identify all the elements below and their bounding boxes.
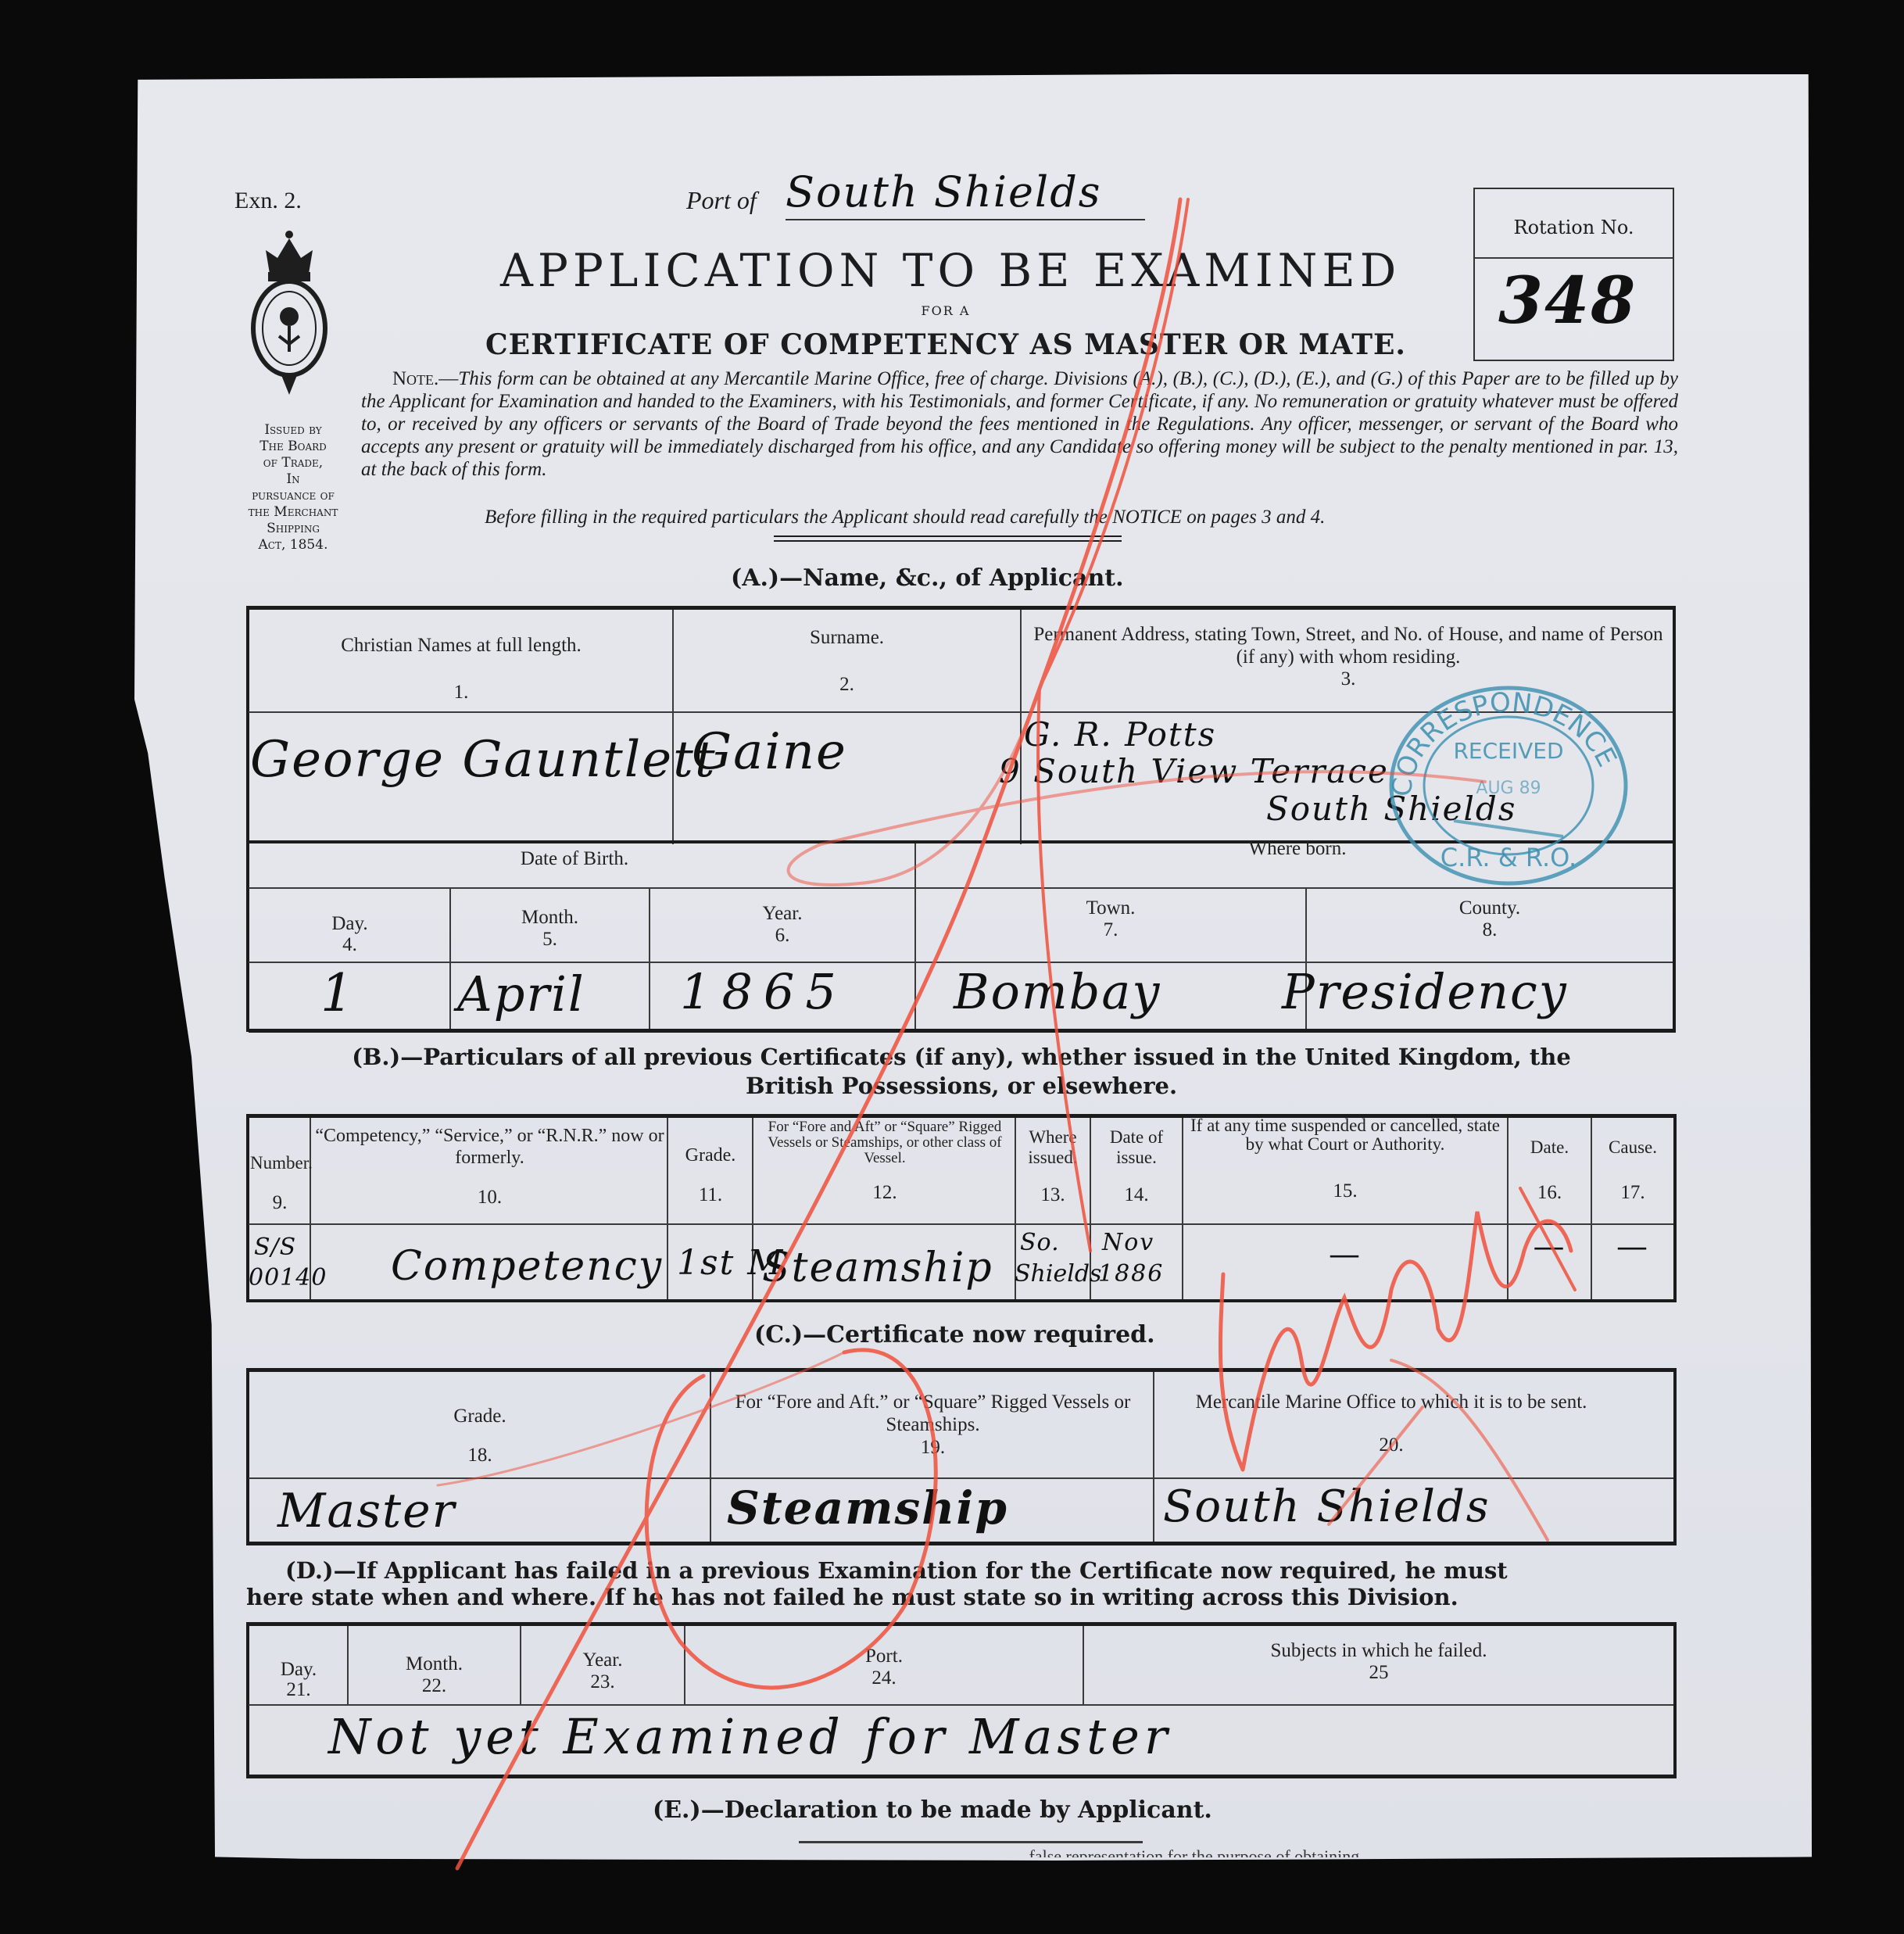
b-col-number-label: Number. [250, 1153, 310, 1173]
address-line-1: G. R. Potts [1024, 715, 1216, 754]
birth-county-value: Presidency [1282, 963, 1568, 1020]
address-line-2: 9 South View Terrace [999, 752, 1389, 790]
required-vessel-value: Steamship [727, 1481, 1008, 1535]
c-grade-num: 18. [250, 1445, 710, 1467]
prev-cert-type-value: Competency [391, 1243, 663, 1290]
c-office-label: Mercantile Marine Office to which it is … [1157, 1391, 1626, 1414]
d-year-label: Year. [521, 1649, 684, 1672]
failure-statement: Not yet Examined for Master [328, 1708, 1172, 1765]
svg-text:RECEIVED: RECEIVED [1453, 738, 1563, 764]
section-a-heading: (A.)—Name, &c., of Applicant. [731, 564, 1124, 592]
b-col-grade-num: 11. [669, 1184, 752, 1206]
for-a-label: FOR A [500, 303, 1391, 318]
county-label: County. [1307, 897, 1673, 920]
issuer-block: Issued by The Board of Trade, In pursuan… [234, 422, 352, 553]
dob-month-value: April [457, 965, 585, 1023]
prev-cert-date-line2: 1886 [1098, 1260, 1164, 1288]
month-number: 5. [451, 929, 649, 951]
section-d-heading-2: here state when and where. If he has not… [246, 1584, 1458, 1610]
prev-cert-where-line2: Shields [1015, 1260, 1101, 1288]
c-grade-label: Grade. [250, 1406, 710, 1428]
b-col-date-label: Date of issue. [1091, 1127, 1182, 1169]
county-number: 8. [1307, 919, 1673, 941]
section-d-heading-1: (D.)—If Applicant has failed in a previo… [285, 1557, 1508, 1584]
rotation-label: Rotation No. [1475, 217, 1673, 238]
d-port-num: 24. [685, 1667, 1083, 1689]
col2-number: 2. [674, 674, 1020, 696]
surname-value: Gaine [692, 723, 847, 781]
prev-cert-date-line1: Nov [1102, 1229, 1154, 1256]
issuer-line: Issued by [234, 422, 352, 439]
d-month-label: Month. [349, 1653, 520, 1676]
port-value: South Shields [786, 166, 1145, 220]
note-lead: Note.— [392, 368, 458, 389]
issuer-line: Shipping [234, 521, 352, 537]
town-label: Town. [916, 897, 1305, 920]
issuer-line: Act, 1854. [234, 537, 352, 553]
dob-year-value: 1865 [680, 963, 847, 1020]
prev-cert-vessel-value: Steamship [762, 1245, 993, 1291]
col1-label: Christian Names at full length. [250, 635, 672, 657]
b-col-cause-num: 17. [1592, 1182, 1673, 1204]
issuer-line: pursuance of [234, 488, 352, 504]
crown-seal-icon [246, 227, 332, 406]
year-number: 6. [650, 925, 914, 947]
col3-label: Permanent Address, stating Town, Street,… [1024, 624, 1673, 669]
rotation-box: Rotation No. 348 [1473, 188, 1674, 361]
b-col-vessel-num: 12. [755, 1182, 1015, 1204]
col1-number: 1. [250, 682, 672, 704]
month-label: Month. [451, 907, 649, 929]
b-col-date-num: 14. [1091, 1184, 1182, 1206]
svg-text:AUG 89: AUG 89 [1476, 779, 1541, 798]
d-month-num: 22. [349, 1675, 520, 1697]
c-vessel-label: For “Fore and Aft.” or “Square” Rigged V… [713, 1391, 1153, 1437]
b-col-authority-label: If at any time suspended or cancelled, s… [1183, 1116, 1507, 1154]
form-code: Exn. 2. [234, 188, 302, 214]
d-subjects-num: 25 [1084, 1662, 1673, 1684]
b-col-where-num: 13. [1016, 1184, 1090, 1206]
issuer-line: In [234, 471, 352, 488]
board-of-trade-seal [246, 227, 332, 406]
rotation-number: 348 [1498, 263, 1637, 338]
dob-label: Date of Birth. [250, 848, 899, 871]
b-col-type-label: “Competency,” “Service,” or “R.N.R.” now… [313, 1126, 667, 1169]
note-paragraph: Note.—This form can be obtained at any M… [361, 367, 1678, 481]
day-number: 4. [250, 934, 449, 956]
d-year-num: 23. [521, 1671, 684, 1693]
required-grade-value: Master [277, 1484, 456, 1538]
dob-day-value: 1 [320, 963, 355, 1023]
year-label: Year. [650, 903, 914, 926]
prev-cert-where-line1: So. [1020, 1229, 1060, 1256]
b-col-susp-date-label: Date. [1509, 1137, 1591, 1158]
b-col-type-num: 10. [313, 1187, 667, 1209]
form-subtitle: CERTIFICATE OF COMPETENCY AS MASTER OR M… [469, 328, 1423, 361]
c-office-num: 20. [1157, 1434, 1626, 1456]
issuer-line: of Trade, [234, 455, 352, 471]
d-subjects-label: Subjects in which he failed. [1084, 1640, 1673, 1663]
section-e-heading: (E.)—Declaration to be made by Applicant… [653, 1796, 1212, 1824]
b-col-susp-date-num: 16. [1509, 1182, 1591, 1204]
b-col-grade-label: Grade. [669, 1145, 752, 1167]
col2-label: Surname. [674, 627, 1020, 650]
note-body: This form can be obtained at any Mercant… [361, 368, 1678, 480]
issuer-line: the Merchant [234, 504, 352, 521]
form-title: APPLICATION TO BE EXAMINED [500, 244, 1391, 297]
note-before: Before filling in the required particula… [485, 507, 1657, 528]
port-label: Port of [686, 186, 757, 215]
d-day-label: Day. [250, 1659, 347, 1682]
prev-cert-cause-value: — [1592, 1229, 1673, 1265]
d-port-label: Port. [685, 1646, 1083, 1668]
section-e-cutoff-text: ...false representation for the purpose … [1016, 1846, 1359, 1857]
c-vessel-num: 19. [713, 1437, 1153, 1459]
b-col-vessel-label: For “Fore and Aft” or “Square” Rigged Ve… [755, 1119, 1015, 1166]
section-c-heading: (C.)—Certificate now required. [754, 1321, 1155, 1348]
birth-town-value: Bombay [954, 963, 1161, 1020]
day-label: Day. [250, 913, 449, 936]
prev-cert-authority-value: — [1183, 1237, 1507, 1273]
prev-cert-number-line2: 00140 [249, 1264, 327, 1291]
prev-cert-number-line1: S/S [254, 1234, 296, 1261]
where-born-label: Where born. [1133, 838, 1462, 861]
christian-names-value: George Gauntlett [250, 731, 717, 789]
b-col-cause-label: Cause. [1592, 1137, 1673, 1158]
issuer-line: The Board [234, 439, 352, 455]
d-day-num: 21. [250, 1679, 347, 1701]
required-office-value: South Shields [1163, 1481, 1491, 1532]
section-b-heading-1: (B.)—Particulars of all previous Certifi… [246, 1044, 1677, 1070]
b-col-number-num: 9. [250, 1192, 310, 1214]
town-number: 7. [916, 919, 1305, 941]
section-b-heading-2: British Possessions, or elsewhere. [246, 1073, 1677, 1099]
b-col-where-label: Where issued. [1016, 1127, 1090, 1169]
prev-cert-susp-date-value: — [1509, 1229, 1591, 1265]
b-col-authority-num: 15. [1183, 1180, 1507, 1202]
